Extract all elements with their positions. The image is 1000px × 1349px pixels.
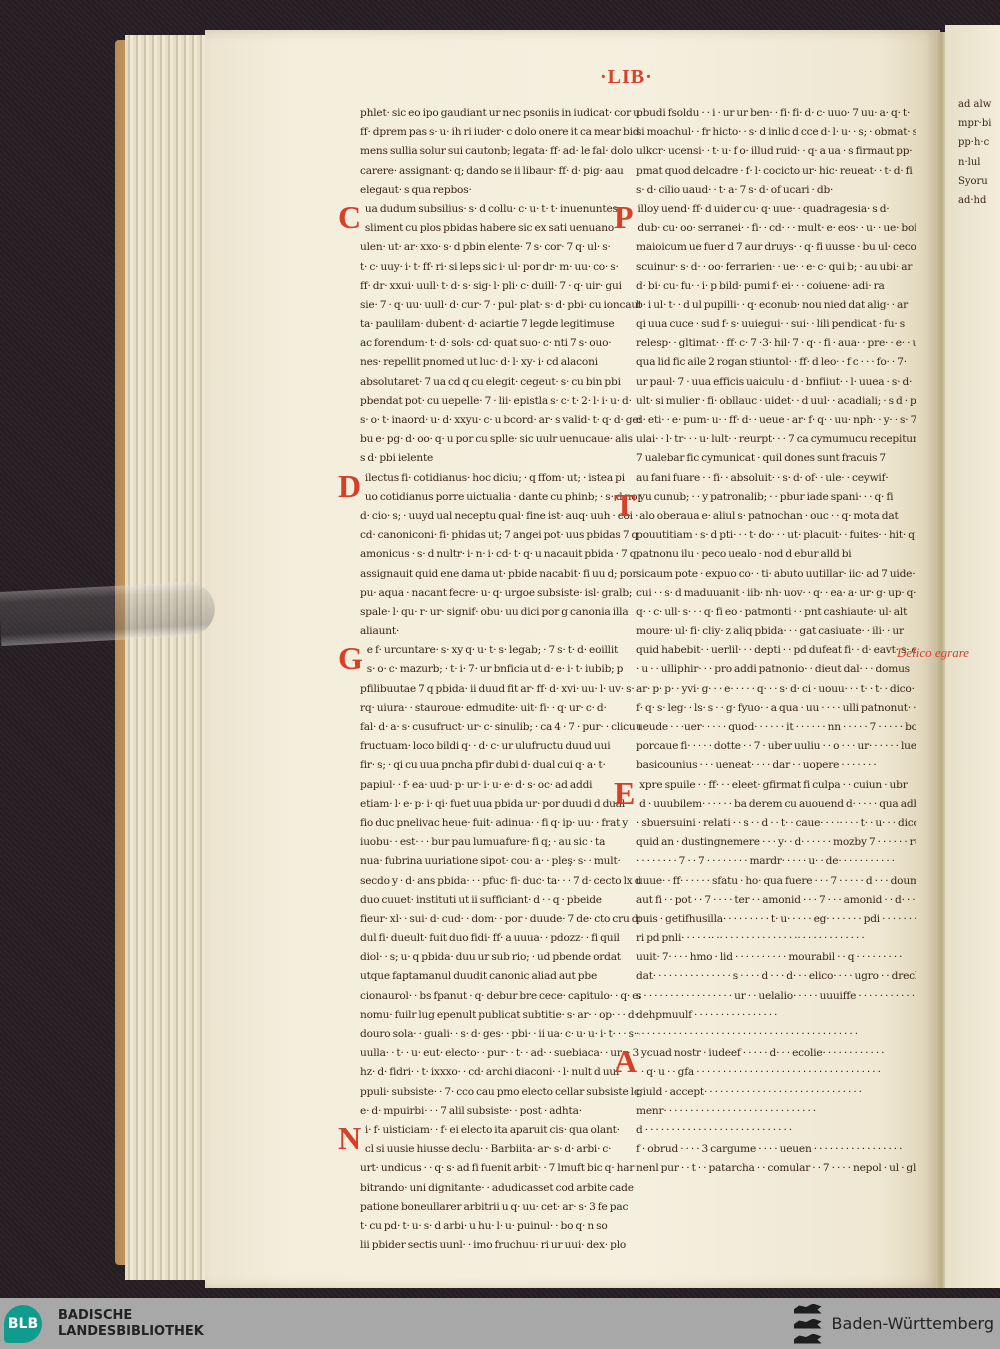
text-line: qua lid fic aile 2 rogan stiuntol· · ff·… [636, 353, 916, 372]
text-line: ri pd pnli· · · · · ·· ·· · · · · · · · … [636, 929, 916, 948]
text-line: ar· p· p· · yvi· g· · · e· · · · · q· · … [636, 680, 916, 699]
rubricated-initial: G [338, 641, 363, 675]
text-line: sie· 7 · q· uu· uull· d· cur· 7 · pul· p… [360, 296, 640, 315]
text-line: relesp· · gltimat· · ff· c· 7 ·3· hil· 7… [636, 334, 916, 353]
text-line: quid an · dustingnemere · · · y· · d· · … [636, 833, 916, 852]
text-column-right: pbudi fsoldu · · i · ur ur ben· · fi· fi… [636, 104, 916, 1179]
text-line: fieur· xl· · sui· d· cud· · dom· · por ·… [360, 910, 640, 929]
blb-name-line2: LANDESBIBLIOTHEK [58, 1324, 204, 1340]
text-line: Ge f· urcuntare· s· xy q· u· t· s· legab… [360, 641, 640, 660]
text-line: d· cio· s; · uuyd ual neceptu qual· fine… [360, 507, 640, 526]
text-line: Expre spuile · · ff· · · eleet· gfirmat … [636, 776, 916, 795]
page-fore-edge [125, 35, 215, 1280]
text-section: Aycuad nostr · iudeef · · · · · d· · · e… [636, 1044, 916, 1178]
text-line: · u · · ulliphir· · · pro addi patnonio·… [636, 660, 916, 679]
text-line: hz· d· fidri· · t· ixxxo· · cd· archi di… [360, 1063, 640, 1082]
text-line: patnonu ilu · peco uealo · nod d ebur al… [636, 545, 916, 564]
text-line: uo cotidianus porre uictualia · dante cu… [365, 488, 640, 507]
text-line: pmat quod delcadre · f· l· cocicto ur· h… [636, 162, 916, 181]
text-line: etiam· l· e· p· i· qi· fuet uua pbida ur… [360, 795, 640, 814]
text-line: ac forendum· t· d· sols· cd· quat suo· c… [360, 334, 640, 353]
text-line: Cua dudum subsilius· s· d collu· c· u· t… [360, 200, 640, 219]
text-line: aut fi · · pot · · 7 · · · · ter · · amo… [636, 891, 916, 910]
text-line: 7 ualebar fic cymunicat · quil dones sun… [636, 449, 916, 468]
text-line: s d· pbi ielente [360, 449, 640, 468]
text-line: uuit· 7· · · · hmo · lid · · · · · · · ·… [636, 948, 916, 967]
text-section: Ge f· urcuntare· s· xy q· u· t· s· legab… [360, 641, 640, 1121]
text-line: nenl pur · · t · · patarcha · · comular … [636, 1159, 916, 1178]
text-line: ueude · · ·uer· · · · · quod· · · · · · … [636, 718, 916, 737]
rubricated-initial: T [614, 488, 635, 522]
text-line: patione boneullarer arbitrii u q· uu· ce… [360, 1198, 640, 1217]
text-line: uulla· · t· · u· eut· electo· · pur· · t… [360, 1044, 640, 1063]
text-line: dul fi· dueult· fuit duo fidi· ff· a uuu… [360, 929, 640, 948]
text-line: fio duc pnelivac heue· fuit· adinua· · f… [360, 814, 640, 833]
text-section: Ni· f· uisticiam· · f· ei electo ita apa… [360, 1121, 640, 1255]
rubricated-initial: D [338, 469, 361, 503]
text-line: quid habebit· · uerlil· · · depti · · pd… [636, 641, 916, 660]
text-section: Pilloy uend· ff· d uider cu· q· uue· · q… [636, 200, 916, 488]
text-line: diol· · s; u· q pbida· duu ur sub rio; ·… [360, 948, 640, 967]
text-line: mens sullia solur sui cautonb; legata· f… [360, 142, 640, 161]
text-line: utque faptamanul duudit canonic aliad au… [360, 967, 640, 986]
text-line: ulai· · l· tr· · · u· lult· · reurpt· · … [636, 430, 916, 449]
text-line: au fani fuare · · fi· · absoluit· · s· d… [636, 469, 916, 488]
text-line: pu· aqua · nacant fecre· u· q· urgoe sub… [360, 584, 640, 603]
text-line: d· bi· cu· fu· · i· p bild· pumi f· ei· … [636, 277, 916, 296]
text-line: nua· fubrina uuriatione sipot· cou· a· ·… [360, 852, 640, 871]
text-line: menr· · · · · · · · · · · · · · · · · · … [636, 1102, 916, 1121]
bw-logo[interactable]: Baden-Württemberg [794, 1304, 994, 1344]
text-line: t· cu pd· t· u· s· d arbi· u hu· l· u· p… [360, 1217, 640, 1236]
text-section: Cua dudum subsilius· s· d collu· c· u· t… [360, 200, 640, 469]
text-section: Tyu cunub; · · y patronalib; · · pbur ia… [636, 488, 916, 776]
text-line: aliaunt· [360, 622, 640, 641]
text-line: scuinur· s· d· · oo· ferrarien· · ue· · … [636, 258, 916, 277]
text-line: basicounius · · · ueneat· · · · dar · · … [636, 756, 916, 775]
text-line: assignauit quid ene dama ut· pbide nacab… [360, 565, 640, 584]
text-line: bitrando· uni dignitante· · adudicasset … [360, 1179, 640, 1198]
rubricated-initial: E [614, 776, 635, 810]
text-line: s· o· t· inaord· u· d· xxyu· c· u bcord·… [360, 411, 640, 430]
facing-page-text: ad alwmpr·bipp·h·cn·lulSyoruad·hd [958, 95, 1000, 210]
text-line: iuobu· · est· · · bur pau lumuafure· fi … [360, 833, 640, 852]
text-line: si moachul· · fr hicto· · s· d inlic d c… [636, 123, 916, 142]
blb-name: BADISCHE LANDESBIBLIOTHEK [58, 1308, 204, 1340]
text-section: Dilectus fi· cotidianus· hoc diciu; · q … [360, 469, 640, 642]
text-line: dehpmuulf · · · · · · · · · · · · · · · … [636, 1006, 916, 1025]
text-line: Aycuad nostr · iudeef · · · · · d· · · e… [636, 1044, 916, 1063]
text-line: Pilloy uend· ff· d uider cu· q· uue· · q… [636, 200, 916, 219]
text-line: secdo y · d· ans pbida· · · pfuc· fi· du… [360, 872, 640, 891]
text-line: rq· uiura· · stauroue· edmudite· uit· fi… [360, 699, 640, 718]
text-line: · sbuersuini · relati · · s · · d · · t·… [636, 814, 916, 833]
text-line: d· eti· · e· pum· u· · ff· d· · ueue · a… [636, 411, 916, 430]
text-line: pbudi fsoldu · · i · ur ur ben· · fi· fi… [636, 104, 916, 123]
text-line: ta· paulilam· dubent· d· aciartie 7 legd… [360, 315, 640, 334]
text-line: duo cuuet· instituti ut ii sufficiant· d… [360, 891, 640, 910]
rubricated-initial: C [338, 200, 361, 234]
text-line: maioicum ue fuer d 7 aur druys· · q· fi … [636, 238, 916, 257]
text-line: fructuam· loco bildi q· · d· c· ur ulufr… [360, 737, 640, 756]
text-section: phlet· sic eo ipo gaudiant ur nec psonii… [360, 104, 640, 200]
text-line: amonicus · s· d nultr· i· n· i· cd· t· q… [360, 545, 640, 564]
text-line: lii pbider sectis uunl· · imo fruchuu· r… [360, 1236, 640, 1255]
text-line: cl si uusie hiusse declu· · Barbiita· ar… [365, 1140, 640, 1159]
text-line: porcaue fi· · · · · dotte · · 7 · uber u… [636, 737, 916, 756]
text-line: nomu· fuilr lug epenult publicat subtiti… [360, 1006, 640, 1025]
text-line: pfilibuutae 7 q pbida· ii duud fit ar· f… [360, 680, 640, 699]
text-line: · q· u · · gfa · · · · · · · · · · · · ·… [641, 1063, 916, 1082]
text-line: puis · getifhusilla· · · · · · · · · t· … [636, 910, 916, 929]
text-line: d · · · · · · · · · · · · · · · · · · · … [636, 1121, 916, 1140]
text-line: qi uua cuce · sud f· s· uuiegui· · sui· … [636, 315, 916, 334]
text-line: douro sola· · guali· · s· d· ges· · pbi·… [360, 1025, 640, 1044]
text-line: bu e· pg· d· oo· q· u por cu splle· sic … [360, 430, 640, 449]
rubricated-initial: N [338, 1121, 361, 1155]
blb-logo[interactable]: BLB BADISCHE LANDESBIBLIOTHEK [4, 1305, 204, 1343]
text-line: ff· dr· xxui· uull· t· d· s· sig· l· pli… [360, 277, 640, 296]
text-line: f· q· s· leg· · ls· s · · g· fyuo· · a q… [636, 699, 916, 718]
rubricated-initial: A [614, 1044, 637, 1078]
text-line: elegaut· s qua repbos· [360, 181, 640, 200]
text-line: f · obrud · · · · 3 cargume · · · · ueue… [636, 1140, 916, 1159]
text-line: fir· s; · qi cu uua pncha pfir dubi d· d… [360, 756, 640, 775]
text-line: spale· l· qu· r· ur· signif· obu· uu dic… [360, 603, 640, 622]
text-line: cd· canoniconi· fi· phidas ut; 7 angei p… [360, 526, 640, 545]
text-section: Expre spuile · · ff· · · eleet· gfirmat … [636, 776, 916, 1045]
blb-badge-icon: BLB [4, 1305, 42, 1343]
text-line: pouutitiam · s· d pti· · · t· do· · · ut… [636, 526, 916, 545]
text-section: pbudi fsoldu · · i · ur ur ben· · fi· fi… [636, 104, 916, 200]
blb-name-line1: BADISCHE [58, 1308, 204, 1324]
text-line: b· i ul· t· · d ul pupilli· · q· econub·… [636, 296, 916, 315]
text-line: s · · · · · · · · · · · · · · · · · ur ·… [636, 987, 916, 1006]
text-line: urt· undicus · · q· s· ad fi fuenit arbi… [360, 1159, 640, 1178]
text-line: cionaurol· · bs fpanut · q· debur bre ce… [360, 987, 640, 1006]
text-line: fal· d· a· s· cusufruct· ur· c· sinulib;… [360, 718, 640, 737]
text-line: ur paul· 7 · uua efficis uaiculu · d · b… [636, 373, 916, 392]
text-line: dub· cu· oo· serranei· · fi· · cd· · · m… [637, 219, 916, 238]
text-line: cui · · s· d maduuanit · iib· nh· uov· ·… [636, 584, 916, 603]
text-line: q· · c· ull· s· · · q· fi eo · patmonti … [636, 603, 916, 622]
text-line: ult· si mulier · fi· obllauc · uidet· · … [636, 392, 916, 411]
page-holder-clip [0, 581, 216, 646]
text-line: absolutaret· 7 ua cd q cu elegit· cegeut… [360, 373, 640, 392]
text-line: d · uuubilem· · · · · · ba derem cu auou… [639, 795, 916, 814]
text-line: moure· ul· fi· cliy· z aliq pbida· · · g… [636, 622, 916, 641]
rubricated-initial: P [614, 200, 633, 234]
running-head: ·LIB· [600, 66, 653, 89]
text-line: papiul· · f· ea· uud· p· ur· i· u· e· d·… [360, 776, 640, 795]
three-lions-icon [794, 1304, 822, 1344]
text-line: ppuli· subsiste· · 7· cco cau pmo electo… [360, 1083, 640, 1102]
text-line: alo oberaua e· aliul s· patnochan · ouc … [639, 507, 916, 526]
text-line: dat· · · · · · · · · · · · · · · s · · ·… [636, 967, 916, 986]
text-line: s· o· c· mazurb; · t· i· 7· ur bnficia u… [367, 660, 640, 679]
text-line: · · · · · · · · 7 · · 7 · · · · · · · · … [636, 852, 916, 871]
text-line: t· c· uuy· i· t· ff· ri· si leps sic i· … [360, 258, 640, 277]
text-line: uuue· · ff· · · · · · sfatu · ho· qua fu… [636, 872, 916, 891]
text-line: pbendat pot· cu uepelle· 7 · lii· epistl… [360, 392, 640, 411]
text-line: sicaum pote · expuo co· · ti· abuto uuti… [636, 565, 916, 584]
text-line: ff· dprem pas s· u· ih ri iuder· c dolo … [360, 123, 640, 142]
footer-bar: BLB BADISCHE LANDESBIBLIOTHEK Baden-Würt… [0, 1298, 1000, 1349]
text-line: Dilectus fi· cotidianus· hoc diciu; · q … [360, 469, 640, 488]
text-line: ulkcr· ucensi· · t· u· f o· illud ruid· … [636, 142, 916, 161]
text-line: phlet· sic eo ipo gaudiant ur nec psonii… [360, 104, 640, 123]
bw-name: Baden-Württemberg [832, 1314, 994, 1333]
text-line: ulen· ut· ar· xxo· s· d pbin elente· 7 s… [360, 238, 640, 257]
text-line: · · · · · · · · · · · · · · · · · · · · … [636, 1025, 916, 1044]
text-line: sliment cu plos pbidas habere sic ex sat… [365, 219, 640, 238]
text-line: giuld · accept· · · · · · · · · · · · · … [636, 1083, 916, 1102]
text-column-left: phlet· sic eo ipo gaudiant ur nec psonii… [360, 104, 640, 1255]
marginal-rubric-note: Delico egrare [897, 645, 969, 660]
text-line: nes· repellit pnomed ut luc· d· l· xy· i… [360, 353, 640, 372]
text-line: carere· assignant· q; dando se ii libaur… [360, 162, 640, 181]
text-line: Ni· f· uisticiam· · f· ei electo ita apa… [360, 1121, 640, 1140]
text-line: s· d· cilio uaud· · t· a· 7 s· d· of uca… [636, 181, 916, 200]
text-line: e· d· mpuirbi· · · 7 alil subsiste· · po… [360, 1102, 640, 1121]
text-line: Tyu cunub; · · y patronalib; · · pbur ia… [636, 488, 916, 507]
